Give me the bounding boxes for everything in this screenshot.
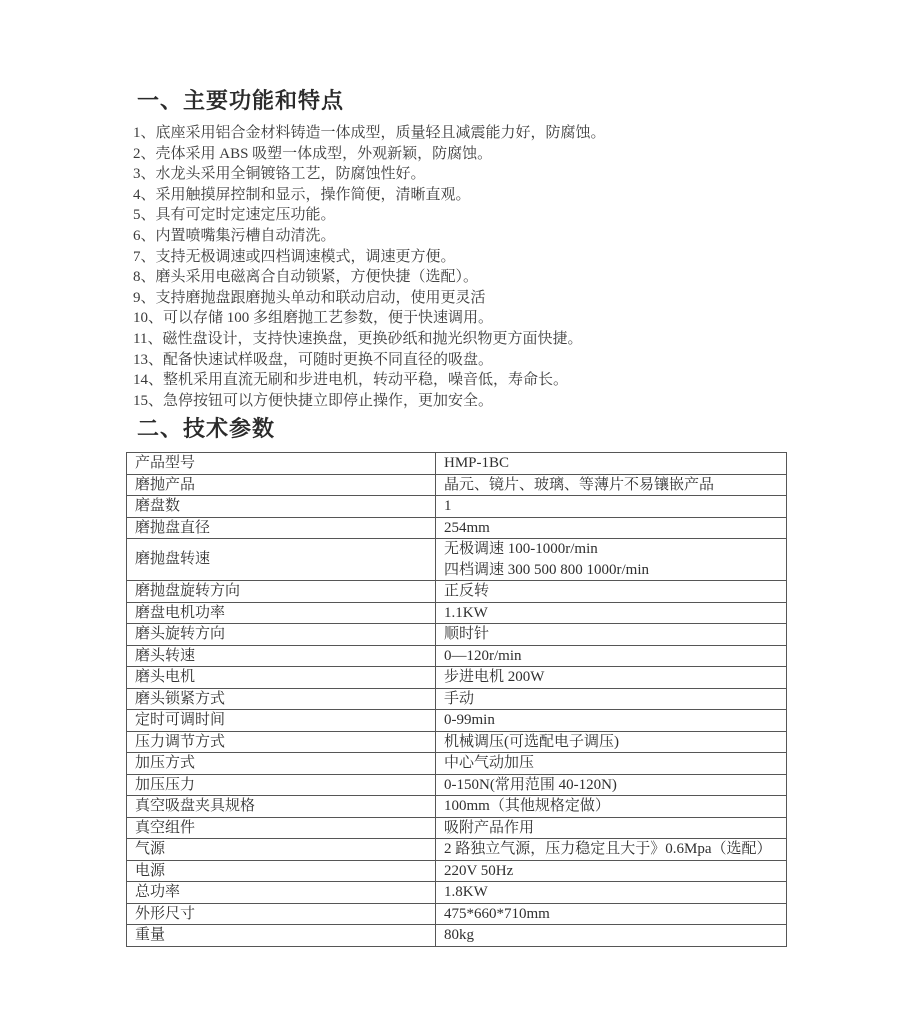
table-row: 磨头转速0—120r/min [127,645,787,667]
spec-label-cell: 磨头锁紧方式 [127,688,436,710]
feature-item: 8、磨头采用电磁离合自动锁紧，方便快捷（选配）。 [133,267,773,288]
table-row: 磨头电机步进电机 200W [127,667,787,689]
table-row: 加压压力0-150N(常用范围 40-120N) [127,774,787,796]
spec-value-cell: 2 路独立气源，压力稳定且大于》0.6Mpa（选配） [436,839,787,861]
spec-label-cell: 磨盘电机功率 [127,602,436,624]
document-page: 一、主要功能和特点 1、底座采用铝合金材料铸造一体成型，质量轻且减震能力好，防腐… [0,0,900,1032]
feature-item: 7、支持无极调速或四档调速模式，调速更方便。 [133,247,773,268]
spec-value-cell: 100mm（其他规格定做） [436,796,787,818]
spec-value-cell: 手动 [436,688,787,710]
table-row: 磨盘电机功率1.1KW [127,602,787,624]
spec-value-cell: 步进电机 200W [436,667,787,689]
spec-label-cell: 真空吸盘夹具规格 [127,796,436,818]
table-row: 真空吸盘夹具规格100mm（其他规格定做） [127,796,787,818]
spec-value-cell: 1.1KW [436,602,787,624]
table-row: 真空组件吸附产品作用 [127,817,787,839]
feature-item: 9、支持磨抛盘跟磨抛头单动和联动启动，使用更灵活 [133,288,773,309]
spec-value-cell: 475*660*710mm [436,903,787,925]
table-row: 磨抛盘转速无极调速 100-1000r/min 四档调速 300 500 800… [127,539,787,581]
spec-label-cell: 气源 [127,839,436,861]
feature-item: 11、磁性盘设计，支持快速换盘，更换砂纸和抛光织物更方面快捷。 [133,329,773,350]
table-row: 气源2 路独立气源，压力稳定且大于》0.6Mpa（选配） [127,839,787,861]
feature-item: 15、急停按钮可以方便快捷立即停止操作，更加安全。 [133,391,773,412]
spec-label-cell: 磨抛盘直径 [127,517,436,539]
spec-label-cell: 磨头电机 [127,667,436,689]
spec-value-cell: 正反转 [436,581,787,603]
spec-label-cell: 磨盘数 [127,496,436,518]
spec-label-cell: 总功率 [127,882,436,904]
spec-label-cell: 磨头旋转方向 [127,624,436,646]
table-row: 定时可调时间0-99min [127,710,787,732]
spec-value-cell: 0—120r/min [436,645,787,667]
table-row: 磨抛盘直径254mm [127,517,787,539]
feature-item: 6、内置喷嘴集污槽自动清洗。 [133,226,773,247]
feature-item: 4、采用触摸屏控制和显示，操作简便，清晰直观。 [133,185,773,206]
spec-label-cell: 定时可调时间 [127,710,436,732]
spec-label-cell: 磨抛盘转速 [127,539,436,581]
spec-label-cell: 加压压力 [127,774,436,796]
feature-item: 2、壳体采用 ABS 吸塑一体成型，外观新颖，防腐蚀。 [133,144,773,165]
spec-label-cell: 压力调节方式 [127,731,436,753]
spec-value-cell: 中心气动加压 [436,753,787,775]
spec-label-cell: 加压方式 [127,753,436,775]
table-row: 磨抛产品晶元、镜片、玻璃、等薄片不易镶嵌产品 [127,474,787,496]
feature-item: 3、水龙头采用全铜镀铬工艺，防腐蚀性好。 [133,164,773,185]
spec-label-cell: 磨抛盘旋转方向 [127,581,436,603]
feature-item: 5、具有可定时定速定压功能。 [133,205,773,226]
feature-item: 13、配备快速试样吸盘，可随时更换不同直径的吸盘。 [133,350,773,371]
spec-value-cell: 晶元、镜片、玻璃、等薄片不易镶嵌产品 [436,474,787,496]
spec-value-cell: 0-99min [436,710,787,732]
table-row: 产品型号HMP-1BC [127,453,787,475]
feature-item: 14、整机采用直流无刷和步进电机，转动平稳，噪音低，寿命长。 [133,370,773,391]
spec-label-cell: 重量 [127,925,436,947]
spec-value-cell: 机械调压(可选配电子调压) [436,731,787,753]
table-row: 磨头旋转方向顺时针 [127,624,787,646]
table-row: 加压方式中心气动加压 [127,753,787,775]
spec-label-cell: 外形尺寸 [127,903,436,925]
spec-label-cell: 磨抛产品 [127,474,436,496]
spec-label-cell: 电源 [127,860,436,882]
feature-item: 10、可以存储 100 多组磨抛工艺参数，便于快速调用。 [133,308,773,329]
table-row: 总功率1.8KW [127,882,787,904]
spec-value-cell: 吸附产品作用 [436,817,787,839]
spec-label-cell: 磨头转速 [127,645,436,667]
section-2-heading: 二、技术参数 [137,412,275,443]
table-row: 磨盘数1 [127,496,787,518]
feature-item: 1、底座采用铝合金材料铸造一体成型，质量轻且减震能力好，防腐蚀。 [133,123,773,144]
table-row: 电源220V 50Hz [127,860,787,882]
spec-table: 产品型号HMP-1BC磨抛产品晶元、镜片、玻璃、等薄片不易镶嵌产品磨盘数1磨抛盘… [126,452,787,947]
spec-value-cell: 254mm [436,517,787,539]
table-row: 重量80kg [127,925,787,947]
spec-label-cell: 真空组件 [127,817,436,839]
spec-value-cell: 顺时针 [436,624,787,646]
spec-value-cell: 80kg [436,925,787,947]
spec-table-body: 产品型号HMP-1BC磨抛产品晶元、镜片、玻璃、等薄片不易镶嵌产品磨盘数1磨抛盘… [127,453,787,947]
spec-value-cell: 220V 50Hz [436,860,787,882]
table-row: 磨抛盘旋转方向正反转 [127,581,787,603]
spec-label-cell: 产品型号 [127,453,436,475]
feature-list: 1、底座采用铝合金材料铸造一体成型，质量轻且减震能力好，防腐蚀。2、壳体采用 A… [133,123,773,411]
table-row: 磨头锁紧方式手动 [127,688,787,710]
spec-value-cell: 1 [436,496,787,518]
spec-value-cell: HMP-1BC [436,453,787,475]
spec-value-cell: 0-150N(常用范围 40-120N) [436,774,787,796]
spec-value-cell: 无极调速 100-1000r/min 四档调速 300 500 800 1000… [436,539,787,581]
section-1-heading: 一、主要功能和特点 [137,84,344,115]
table-row: 外形尺寸475*660*710mm [127,903,787,925]
spec-value-cell: 1.8KW [436,882,787,904]
table-row: 压力调节方式机械调压(可选配电子调压) [127,731,787,753]
